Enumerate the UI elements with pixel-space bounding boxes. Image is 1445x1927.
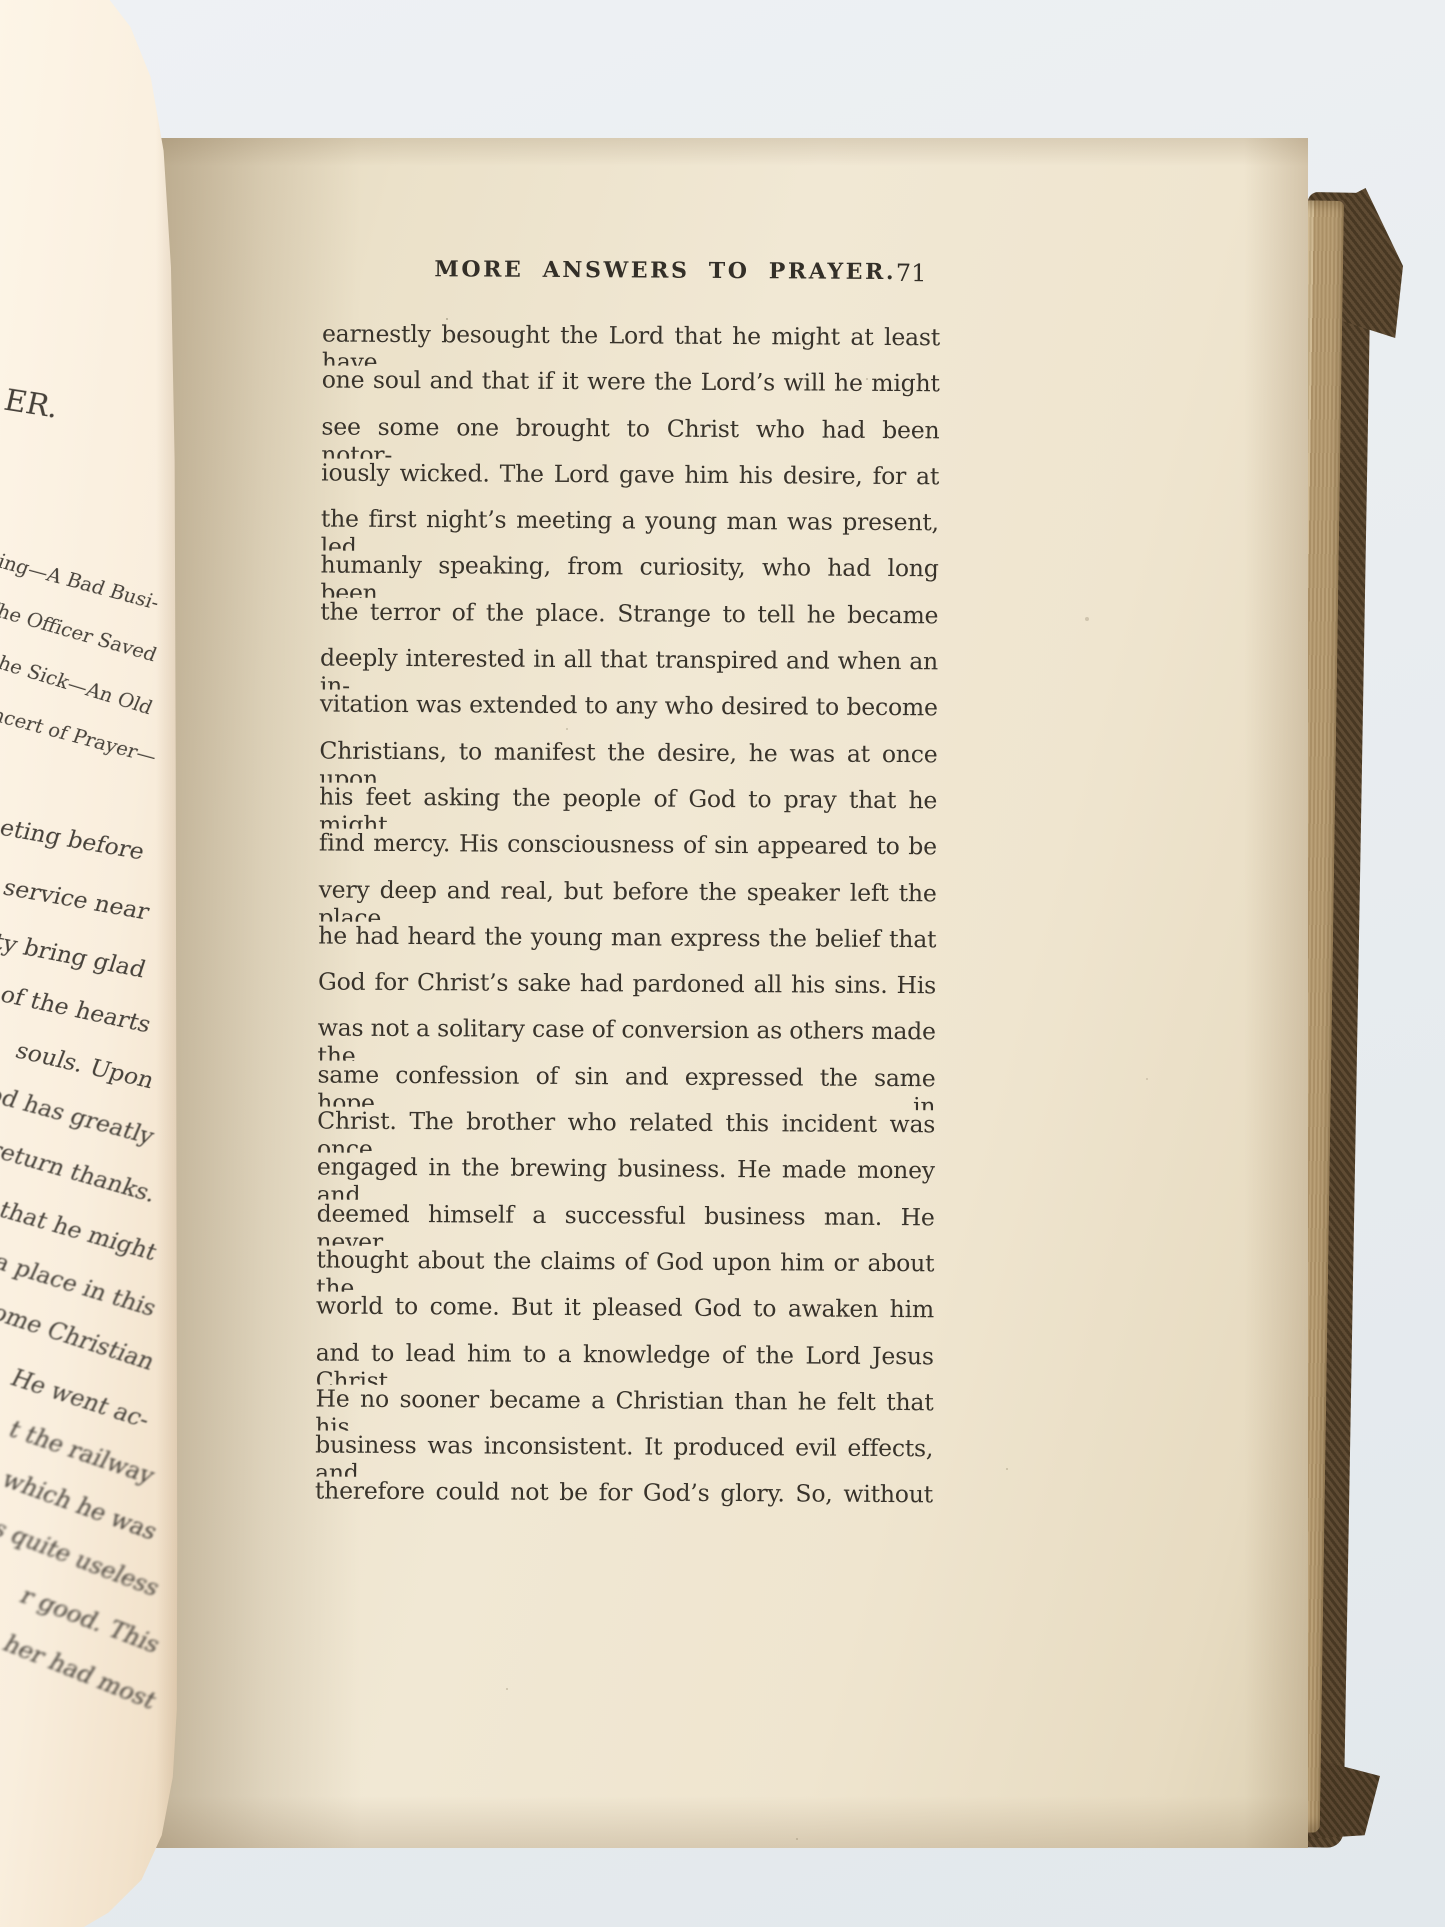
- body-text-line: engaged in the brewing business. He made…: [317, 1153, 935, 1203]
- body-text-line: iously wicked. The Lord gave him his des…: [321, 458, 939, 508]
- left-page-text-fragment: l of the hearts: [0, 980, 154, 1037]
- body-text-line: Christ. The brother who related this inc…: [317, 1107, 935, 1157]
- body-text-line: his feet asking the people of God to pra…: [319, 782, 937, 832]
- body-text-line: he had heard the young man express the b…: [318, 921, 936, 971]
- right-page: MORE ANSWERS TO PRAYER. 71 earnestly bes…: [146, 138, 1308, 1848]
- left-page-text-fragment: rning—A Bad Busi-: [0, 546, 162, 613]
- left-page-text-fragment: souls. Upon: [12, 1039, 157, 1093]
- body-text-line: was not a solitary case of conversion as…: [318, 1014, 936, 1064]
- left-page-text: ER. rning—A Bad Busi- —The Officer Saved…: [0, 0, 182, 1927]
- page-header-row: MORE ANSWERS TO PRAYER. 71: [322, 256, 940, 294]
- body-text-line: deemed himself a successful business man…: [316, 1199, 934, 1249]
- body-text-line: earnestly besought the Lord that he migh…: [322, 320, 940, 370]
- body-text-line: therefore could not be for God’s glory. …: [315, 1477, 933, 1527]
- body-text-line: Christians, to manifest the desire, he w…: [319, 736, 937, 786]
- body-text-line: vitation was extended to any who desired…: [320, 690, 938, 740]
- left-page-text-fragment: od has greatly: [0, 1083, 158, 1149]
- body-text-line: God for Christ’s sake had pardoned all h…: [318, 968, 936, 1018]
- left-page-text-fragment: ity bring glad: [0, 929, 149, 982]
- body-text-line: deeply interested in all that transpired…: [320, 644, 938, 694]
- body-text-line: thought about the claims of God upon him…: [316, 1245, 934, 1295]
- body-text-line: see some one brought to Christ who had b…: [321, 412, 939, 462]
- left-page-text-fragment: an service near: [0, 870, 151, 924]
- body-text: earnestly besought the Lord that he migh…: [315, 320, 940, 1527]
- body-text-line: business was inconsistent. It produced e…: [315, 1431, 933, 1481]
- body-text-line: He no sooner became a Christian than he …: [315, 1384, 933, 1434]
- body-text-line: humanly speaking, from curiosity, who ha…: [320, 551, 938, 601]
- page-number: 71: [896, 259, 927, 287]
- running-head: MORE ANSWERS TO PRAYER.: [434, 256, 896, 285]
- body-text-line: and to lead him to a knowledge of the Lo…: [316, 1338, 934, 1388]
- body-text-line: very deep and real, but before the speak…: [318, 875, 936, 925]
- left-page-text-fragment: meeting before: [0, 810, 147, 864]
- body-text-line: same confession of sin and expressed the…: [317, 1060, 935, 1110]
- open-book-photo: MORE ANSWERS TO PRAYER. 71 earnestly bes…: [0, 0, 1445, 1927]
- left-page: ER. rning—A Bad Busi- —The Officer Saved…: [0, 0, 182, 1927]
- left-page-text-fragment: ER.: [1, 386, 61, 424]
- left-page-text-fragment: return thanks.: [0, 1138, 160, 1207]
- body-text-line: the terror of the place. Strange to tell…: [320, 597, 938, 647]
- body-text-line: world to come. But it pleased God to awa…: [316, 1292, 934, 1342]
- body-text-line: one soul and that if it were the Lord’s …: [322, 366, 940, 416]
- body-text-line: the first night’s meeting a young man wa…: [321, 505, 939, 555]
- right-page-content: MORE ANSWERS TO PRAYER. 71 earnestly bes…: [141, 134, 1313, 1851]
- body-text-line: find mercy. His consciousness of sin app…: [319, 829, 937, 879]
